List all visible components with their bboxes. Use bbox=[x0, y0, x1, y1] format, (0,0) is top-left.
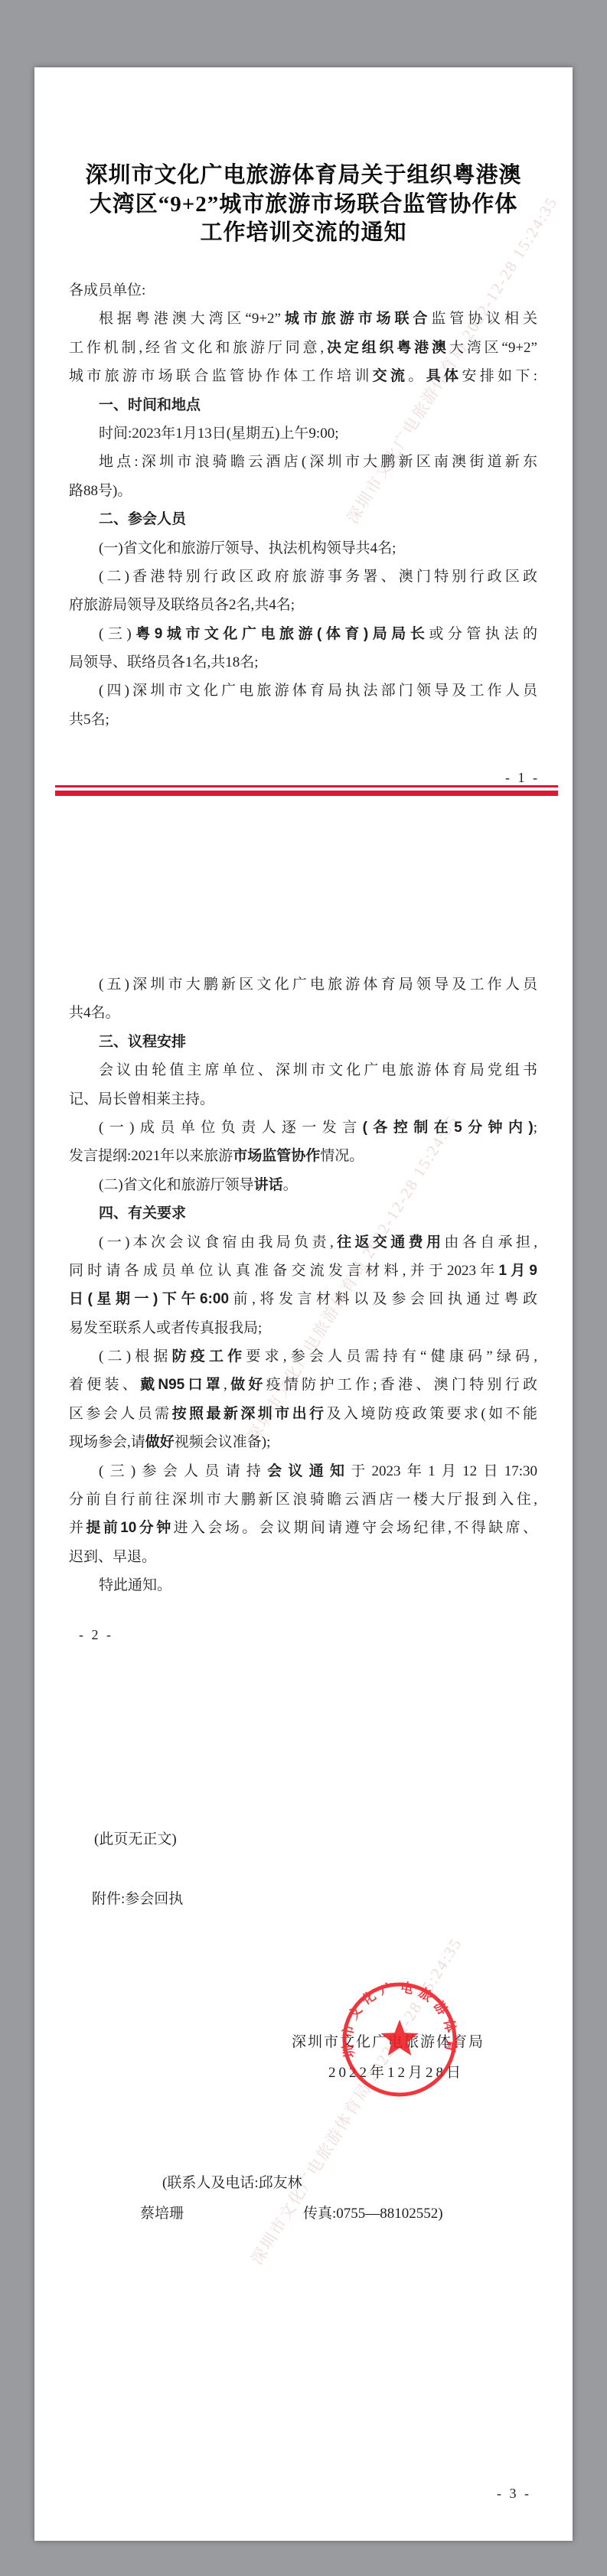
page2-body: (五)深圳市大鹏新区文化广电旅游体育局领导及工作人员共4名。三、议程安排会议由轮… bbox=[69, 970, 537, 1600]
body-text: 发言提纲:2021年以来旅游 bbox=[69, 1148, 233, 1164]
text-line: 特此通知。 bbox=[69, 1571, 537, 1599]
body-text: (二)根据 bbox=[99, 1348, 172, 1365]
emphasis-text: 做好 bbox=[145, 1434, 175, 1450]
text-line: 会议由轮值主席单位、深圳市文化广电旅游体育局党组书 bbox=[69, 1056, 537, 1084]
attachment-line: 附件:参会回执 bbox=[92, 1890, 183, 1909]
text-line: 易发至联系人或者传真报我局; bbox=[69, 1314, 537, 1342]
text-line: 时间:2023年1月13日(星期五)上午9:00; bbox=[69, 419, 537, 448]
emphasis-text: 交流 bbox=[373, 368, 409, 384]
emphasis-text: 做好 bbox=[227, 1377, 266, 1393]
emphasis-text: 1月9 bbox=[498, 1263, 537, 1279]
text-line: 记、局长曾相莱主持。 bbox=[69, 1085, 537, 1114]
page-number: - 2 - bbox=[79, 1627, 113, 1643]
title-line: 深圳市文化广电旅游体育局关于组织粤港澳 bbox=[34, 161, 573, 191]
emphasis-text: 城市旅游市场联合 bbox=[281, 311, 431, 327]
no-text-note: (此页无正文) bbox=[94, 1830, 177, 1850]
body-text: 会议由轮值主席单位、深圳市文化广电旅游体育局党组书 bbox=[99, 1062, 537, 1078]
body-text: (二)香港特别行政区政府旅游事务署、澳门特别行政区政 bbox=[99, 569, 537, 585]
text-line: 并提前10分钟进入会场。会议期间请遵守会场纪律,不得缺席、 bbox=[69, 1514, 537, 1542]
text-line: (二)香港特别行政区政府旅游事务署、澳门特别行政区政 bbox=[69, 562, 537, 591]
emphasis-text: 二、参会人员 bbox=[99, 511, 186, 527]
emphasis-text: 一、时间和地点 bbox=[99, 397, 201, 413]
title-line: 大湾区“9+2”城市旅游市场联合监管协作体 bbox=[34, 191, 573, 220]
body-text: 根据粤港澳大湾区“9+2” bbox=[99, 311, 281, 327]
text-line: 二、参会人员 bbox=[69, 505, 537, 533]
body-text: 时间:2023年1月13日(星期五)上午9:00; bbox=[99, 426, 339, 442]
emphasis-text: 市场监管协作 bbox=[233, 1148, 320, 1164]
document-title: 深圳市文化广电旅游体育局关于组织粤港澳大湾区“9+2”城市旅游市场联合监管协作体… bbox=[34, 161, 573, 248]
body-text: (一)成员单位负责人逐一发言 bbox=[99, 1120, 363, 1136]
body-text: 区参会人员需 bbox=[69, 1406, 172, 1422]
text-line: 地点:深圳市浪骑瞻云酒店(深圳市大鹏新区南澳街道新东 bbox=[69, 448, 537, 476]
emphasis-text: 粤9城市文化广电旅游(体育)局局长 bbox=[132, 626, 429, 642]
emphasis-text: 决定组织粤港澳 bbox=[324, 340, 449, 356]
text-line: (二)省文化和旅游厅领导讲话。 bbox=[69, 1171, 537, 1199]
body-text: 要求,参会人员需持有“健康码”绿码, bbox=[246, 1348, 537, 1365]
text-line: (一)省文化和旅游厅领导、执法机构领导共4名; bbox=[69, 534, 537, 562]
page1-body: 各成员单位:根据粤港澳大湾区“9+2”城市旅游市场联合监管协议相关工作机制,经省… bbox=[69, 276, 537, 734]
body-text: 及入境防疫政策要求(如不能 bbox=[326, 1406, 537, 1422]
body-text: 由各自承担, bbox=[444, 1234, 537, 1251]
text-line: (三)参会人员请持会议通知于2023年1月12日17:30 bbox=[69, 1457, 537, 1485]
body-text: 进入会场。会议期间请遵守会场纪律,不得缺席、 bbox=[174, 1520, 537, 1536]
text-line: 三、议程安排 bbox=[69, 1028, 537, 1056]
text-line: 工作机制,经省文化和旅游厅同意,决定组织粤港澳大湾区“9+2” bbox=[69, 334, 537, 362]
text-line: (一)本次会议食宿由我局负责,往返交通费用由各自承担, bbox=[69, 1228, 537, 1257]
emphasis-text: 三、议程安排 bbox=[99, 1034, 186, 1050]
body-text: 府旅游局领导及联络员各2名,共4名; bbox=[69, 597, 295, 613]
body-text: 视频会议准备); bbox=[175, 1434, 271, 1450]
emphasis-text: 日(星期一)下午6:00 bbox=[69, 1291, 229, 1307]
page-number: - 1 - bbox=[505, 770, 540, 786]
text-line: 区参会人员需按照最新深圳市出行及入境防疫政策要求(如不能 bbox=[69, 1400, 537, 1428]
body-text: 或分管执法的 bbox=[429, 626, 537, 642]
document-viewer: 深圳市文化广电旅游体育局 2022-12-28 15:24:35深圳市文化广电旅… bbox=[0, 0, 607, 2576]
text-line: 根据粤港澳大湾区“9+2”城市旅游市场联合监管协议相关 bbox=[69, 305, 537, 333]
body-text: 安排如下: bbox=[462, 368, 537, 384]
body-text: 并 bbox=[69, 1520, 86, 1536]
text-line: 各成员单位: bbox=[69, 276, 537, 305]
text-line: (三)粤9城市文化广电旅游(体育)局局长或分管执法的 bbox=[69, 620, 537, 648]
body-text: 。 bbox=[408, 368, 426, 384]
body-text: 于2023年1月12日17:30 bbox=[351, 1463, 537, 1479]
body-text: 特此通知。 bbox=[99, 1577, 171, 1593]
body-text: (二)省文化和旅游厅领导 bbox=[99, 1177, 254, 1193]
body-text: 易发至联系人或者传真报我局; bbox=[69, 1320, 262, 1336]
text-line: (一)成员单位负责人逐一发言(各控制在5分钟内); bbox=[69, 1114, 537, 1142]
text-line: 发言提纲:2021年以来旅游市场监管协作情况。 bbox=[69, 1142, 537, 1170]
body-text: 局领导、联络员各1名,共18名; bbox=[69, 654, 259, 670]
body-text: (四)深圳市文化广电旅游体育局执法部门领导及工作人员 bbox=[99, 683, 537, 699]
text-line: (五)深圳市大鹏新区文化广电旅游体育局领导及工作人员 bbox=[69, 970, 537, 999]
body-text: 工作机制,经省文化和旅游厅同意, bbox=[69, 340, 324, 356]
text-line: (四)深圳市文化广电旅游体育局执法部门领导及工作人员 bbox=[69, 677, 537, 705]
page-number: - 3 - bbox=[497, 2486, 531, 2502]
contact-line: (联系人及电话:邱友林 bbox=[162, 2173, 302, 2193]
text-line: 一、时间和地点 bbox=[69, 391, 537, 419]
body-text: 共4名。 bbox=[69, 1005, 120, 1021]
body-text: 着便装、 bbox=[69, 1377, 140, 1393]
title-line: 工作培训交流的通知 bbox=[34, 219, 573, 248]
body-text: 各成员单位: bbox=[69, 282, 145, 298]
text-line: 着便装、戴N95口罩,做好疫情防护工作;香港、澳门特别行政 bbox=[69, 1371, 537, 1399]
text-line: 路88号)。 bbox=[69, 477, 537, 505]
text-line: 四、有关要求 bbox=[69, 1199, 537, 1228]
emphasis-text: 往返交通费用 bbox=[334, 1234, 445, 1251]
body-text: (一)省文化和旅游厅领导、执法机构领导共4名; bbox=[99, 540, 396, 556]
emphasis-text: 讲话 bbox=[254, 1177, 283, 1193]
star-icon bbox=[380, 2020, 418, 2056]
text-line: 同时请各成员单位认真准备交流发言材料,并于2023年1月9 bbox=[69, 1257, 537, 1285]
body-text: 情况。 bbox=[320, 1148, 364, 1164]
text-line: 日(星期一)下午6:00前,将发言材料以及参会回执通过粤政 bbox=[69, 1285, 537, 1313]
contact-name: 蔡培珊 bbox=[140, 2204, 184, 2224]
body-text: (三) bbox=[99, 626, 132, 642]
text-line: 迟到、早退。 bbox=[69, 1543, 537, 1571]
body-text: 分前自行前往深圳市大鹏新区浪骑瞻云酒店一楼大厅报到入住, bbox=[69, 1492, 537, 1508]
emphasis-text: 戴N95口罩 bbox=[140, 1377, 224, 1393]
fax-line: 传真:0755—88102552) bbox=[303, 2204, 443, 2224]
emphasis-text: 防疫工作 bbox=[172, 1348, 246, 1365]
text-line: 府旅游局领导及联络员各2名,共4名; bbox=[69, 591, 537, 619]
body-text: ; bbox=[534, 1120, 537, 1136]
emphasis-text: 会议通知 bbox=[267, 1463, 351, 1479]
body-text: 同时请各成员单位认真准备交流发言材料,并于2023年 bbox=[69, 1263, 498, 1279]
body-text: 大湾区“9+2” bbox=[449, 340, 537, 356]
text-line: (二)根据防疫工作要求,参会人员需持有“健康码”绿码, bbox=[69, 1342, 537, 1371]
emphasis-text: (各控制在5分钟内) bbox=[363, 1120, 534, 1136]
emphasis-text: 具体 bbox=[426, 368, 462, 384]
emphasis-text: 按照最新深圳市出行 bbox=[172, 1406, 327, 1422]
body-text: (五)深圳市大鹏新区文化广电旅游体育局领导及工作人员 bbox=[99, 977, 537, 993]
emphasis-text: 四、有关要求 bbox=[99, 1205, 186, 1221]
body-text: 迟到、早退。 bbox=[69, 1549, 156, 1565]
text-line: 现场参会,请做好视频会议准备); bbox=[69, 1428, 537, 1456]
body-text: 。 bbox=[283, 1177, 298, 1193]
body-text: 记、局长曾相莱主持。 bbox=[69, 1091, 214, 1107]
text-line: 共5名; bbox=[69, 706, 537, 734]
body-text: (三)参会人员请持 bbox=[99, 1463, 267, 1479]
red-rule bbox=[55, 791, 558, 796]
body-text: 监管协议相关 bbox=[431, 311, 537, 327]
text-line: 城市旅游市场联合监管协作体工作培训交流。具体安排如下: bbox=[69, 362, 537, 390]
text-line: 局领导、联络员各1名,共18名; bbox=[69, 648, 537, 677]
body-text: 城市旅游市场联合监管协作体工作培训 bbox=[69, 368, 373, 384]
body-text: (一)本次会议食宿由我局负责, bbox=[99, 1234, 334, 1251]
body-text: 现场参会,请 bbox=[69, 1434, 145, 1450]
emphasis-text: 提前10分钟 bbox=[86, 1520, 173, 1536]
text-line: 共4名。 bbox=[69, 999, 537, 1027]
official-seal: 深圳市文化广电旅游体育局 bbox=[338, 1978, 461, 2101]
text-line: 分前自行前往深圳市大鹏新区浪骑瞻云酒店一楼大厅报到入住, bbox=[69, 1485, 537, 1514]
red-rule bbox=[55, 785, 558, 787]
body-text: 地点:深圳市浪骑瞻云酒店(深圳市大鹏新区南澳街道新东 bbox=[99, 454, 537, 470]
body-text: 共5名; bbox=[69, 712, 109, 728]
body-text: 路88号)。 bbox=[69, 483, 132, 499]
body-text: 疫情防护工作;香港、澳门特别行政 bbox=[266, 1377, 537, 1393]
body-text: 前,将发言材料以及参会回执通过粤政 bbox=[229, 1291, 537, 1307]
